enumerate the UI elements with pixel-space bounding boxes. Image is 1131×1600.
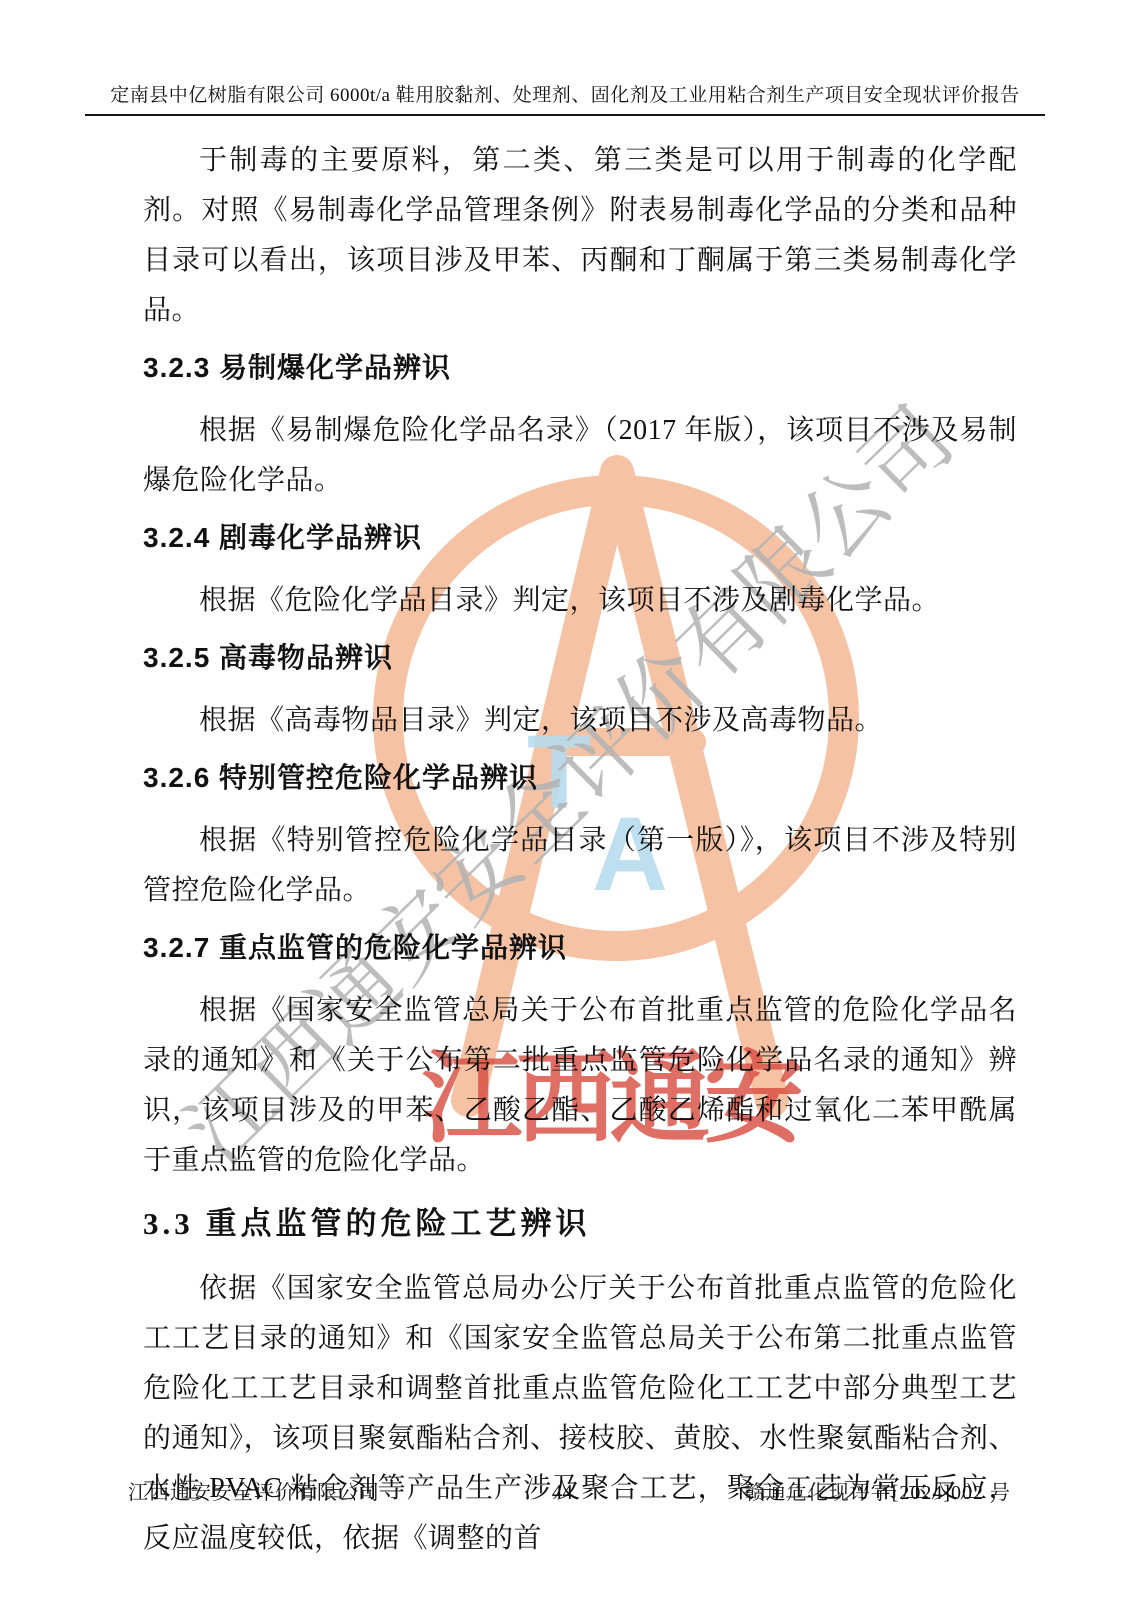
section-paragraph-3-2-5: 根据《高毒物品目录》判定，该项目不涉及高毒物品。 [143,696,1017,746]
section-heading-3-3: 3.3 重点监管的危险工艺辨识 [143,1202,1017,1246]
section-heading-3-2-7: 3.2.7 重点监管的危险化学品辨识 [143,930,1017,966]
footer-doc-number: 赣通危化现评字[2024]002 号 [745,1476,1011,1505]
paragraph-intro: 于制毒的主要原料，第二类、第三类是可以用于制毒的化学配剂。对照《易制毒化学品管理… [143,136,1017,336]
footer-company: 江西通安安全评价有限公司 [128,1476,380,1505]
page-footer: 江西通安安全评价有限公司 44 赣通危化现评字[2024]002 号 [128,1476,1011,1505]
section-paragraph-3-2-7: 根据《国家安全监管总局关于公布首批重点监管的危险化学品名录的通知》和《关于公布第… [143,986,1017,1186]
section-paragraph-3-3: 依据《国家安全监管总局办公厅关于公布首批重点监管的危险化工工艺目录的通知》和《国… [143,1264,1017,1564]
section-heading-3-2-4: 3.2.4 剧毒化学品辨识 [143,520,1017,556]
page-header: 定南县中亿树脂有限公司 6000t/a 鞋用胶黏剂、处理剂、固化剂及工业用粘合剂… [85,80,1045,116]
report-page: T A 江西通安安全评价有限公司 江西通安 定南县中亿树脂有限公司 6000t/… [0,0,1131,1600]
section-heading-3-2-5: 3.2.5 高毒物品辨识 [143,640,1017,676]
section-paragraph-3-2-3: 根据《易制爆危险化学品名录》（2017 年版），该项目不涉及易制爆危险化学品。 [143,406,1017,506]
section-heading-3-2-6: 3.2.6 特别管控危险化学品辨识 [143,760,1017,796]
section-paragraph-3-2-4: 根据《危险化学品目录》判定，该项目不涉及剧毒化学品。 [143,576,1017,626]
section-paragraph-3-2-6: 根据《特别管控危险化学品目录（第一版）》，该项目不涉及特别管控危险化学品。 [143,816,1017,916]
report-title: 定南县中亿树脂有限公司 6000t/a 鞋用胶黏剂、处理剂、固化剂及工业用粘合剂… [110,85,1020,106]
page-number: 44 [552,1480,573,1505]
document-body: 于制毒的主要原料，第二类、第三类是可以用于制毒的化学配剂。对照《易制毒化学品管理… [143,136,1017,1564]
section-heading-3-2-3: 3.2.3 易制爆化学品辨识 [143,350,1017,386]
